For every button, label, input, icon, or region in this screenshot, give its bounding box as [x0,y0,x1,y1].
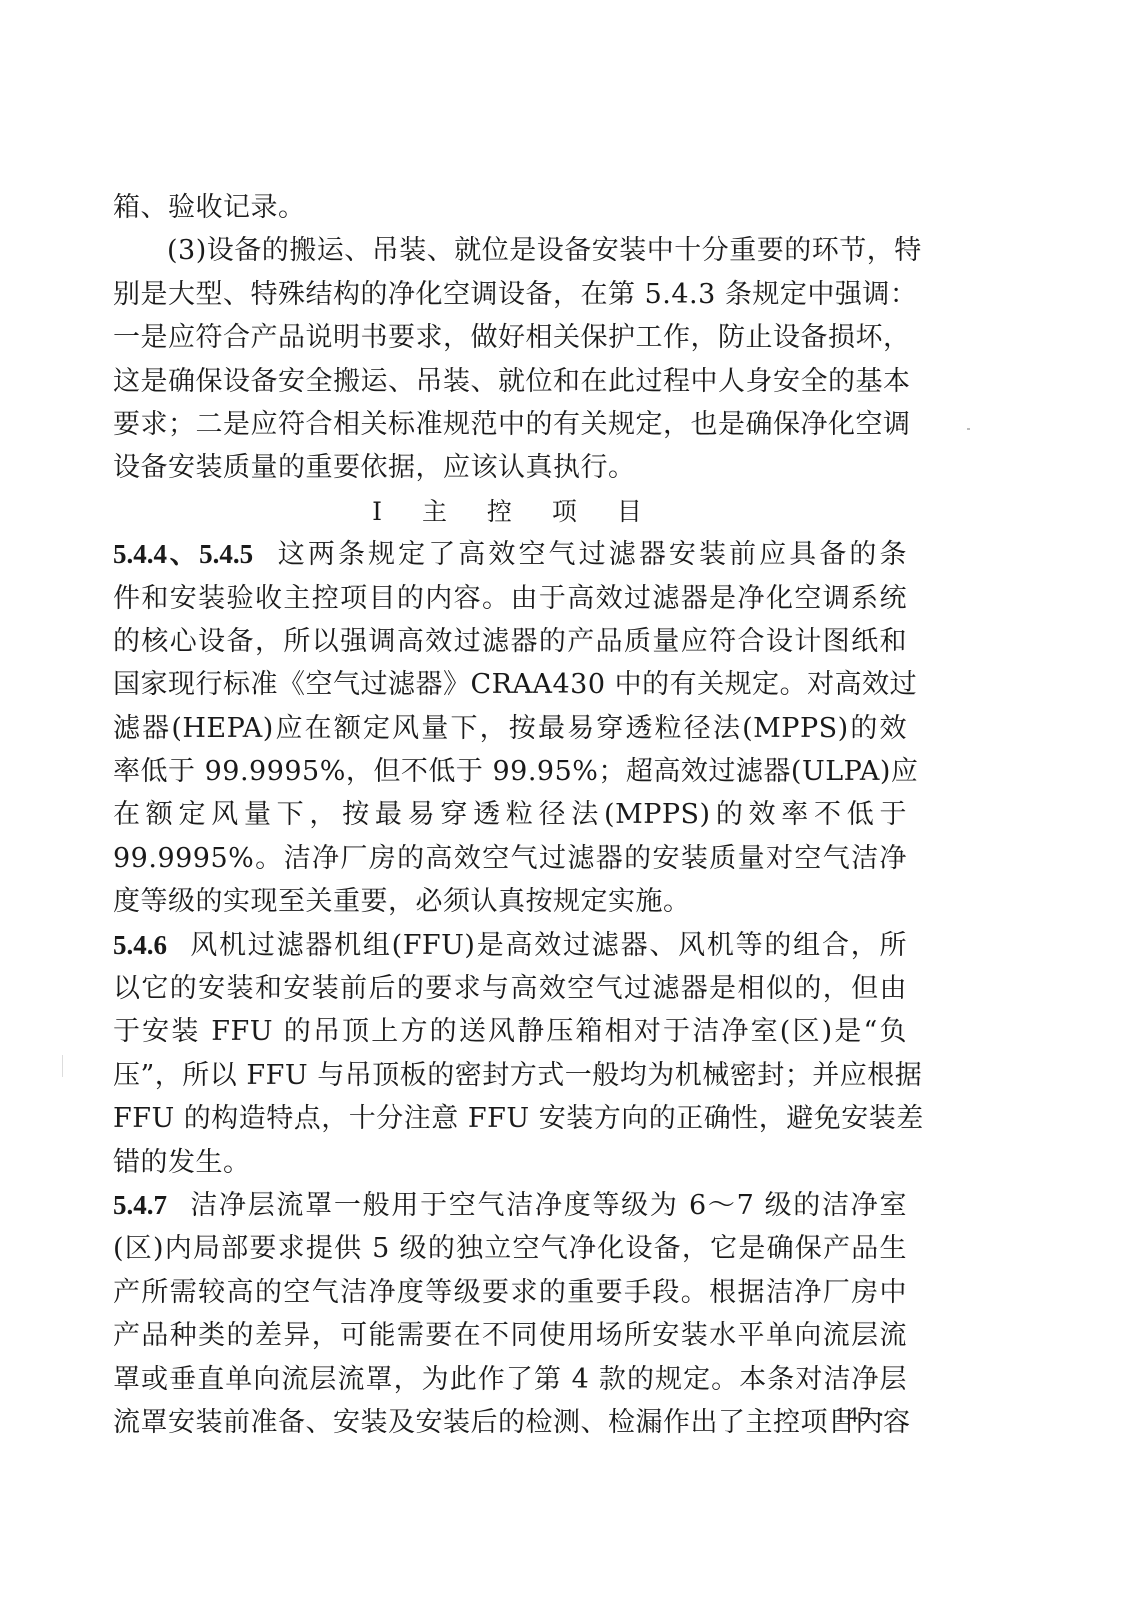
text-line: 别是大型、特殊结构的净化空调设备，在第 5.4.3 条规定中强调： [113,273,907,316]
clause-5-4-7: 5.4.7洁净层流罩一般用于空气洁净度等级为 6～7 级的洁净室 (区)内局部要… [113,1184,907,1444]
text-line: 错的发生。 [113,1141,907,1184]
text-line: (3)设备的搬运、吊装、就位是设备安装中十分重要的环节，特 [113,229,907,272]
clause-number: 5.4.7 [113,1190,167,1220]
clause-5-4-6: 5.4.6风机过滤器机组(FFU)是高效过滤器、风机等的组合，所 以它的安装和安… [113,924,907,1184]
clause-number: 5.4.6 [113,930,167,960]
text-line: 率低于 99.9995%，但不低于 99.95%；超高效过滤器(ULPA)应 [113,750,907,793]
text-line: 一是应符合产品说明书要求，做好相关保护工作，防止设备损坏， [113,316,907,359]
text-line: 国家现行标准《空气过滤器》CRAA430 中的有关规定。对高效过 [113,663,907,706]
text-line: 罩或垂直单向流层流罩，为此作了第 4 款的规定。本条对洁净层 [113,1358,907,1401]
text-line: 箱、验收记录。 [113,186,907,229]
paragraph-3: (3)设备的搬运、吊装、就位是设备安装中十分重要的环节，特 别是大型、特殊结构的… [113,229,907,489]
text-line: 产所需较高的空气洁净度等级要求的重要手段。根据洁净厂房中 [113,1271,907,1314]
text-span: 洁净层流罩一般用于空气洁净度等级为 6～7 级的洁净室 [189,1190,907,1221]
text-line: 99.9995%。洁净厂房的高效空气过滤器的安装质量对空气洁净 [113,837,907,880]
text-span: 风机过滤器机组(FFU)是高效过滤器、风机等的组合，所 [189,930,907,961]
clause-number: 5.4.4、5.4.5 [113,539,253,569]
text-line: 5.4.6风机过滤器机组(FFU)是高效过滤器、风机等的组合，所 [113,924,907,967]
text-line: FFU 的构造特点，十分注意 FFU 安装方向的正确性，避免安装差 [113,1097,907,1140]
text-line: 5.4.7洁净层流罩一般用于空气洁净度等级为 6～7 级的洁净室 [113,1184,907,1227]
text-line: 件和安装验收主控项目的内容。由于高效过滤器是净化空调系统 [113,577,907,620]
text-line: 5.4.4、5.4.5这两条规定了高效空气过滤器安装前应具备的条 [113,533,907,576]
text-span: 这两条规定了高效空气过滤器安装前应具备的条 [275,539,907,570]
scan-speck [967,428,970,430]
text-line: 以它的安装和安装前后的要求与高效空气过滤器是相似的，但由 [113,967,907,1010]
text-line: 于安装 FFU 的吊顶上方的送风静压箱相对于洁净室(区)是“负 [113,1010,907,1053]
clause-5-4-4-5-4-5: 5.4.4、5.4.5这两条规定了高效空气过滤器安装前应具备的条 件和安装验收主… [113,533,907,924]
text-line: (区)内局部要求提供 5 级的独立空气净化设备，它是确保产品生 [113,1227,907,1270]
text-line: 要求；二是应符合相关标准规范中的有关规定，也是确保净化空调 [113,403,907,446]
text-line: 在额定风量下，按最易穿透粒径法(MPPS)的效率不低于 [113,793,907,836]
document-page: 箱、验收记录。 (3)设备的搬运、吊装、就位是设备安装中十分重要的环节，特 别是… [113,186,907,1444]
scan-speck [62,1055,63,1077]
text-line: 压”，所以 FFU 与吊顶板的密封方式一般均为机械密封；并应根据 [113,1054,907,1097]
text-span: (3)设备的搬运、吊装、就位是设备安装中十分重要的环节，特 [167,235,922,266]
text-line: 滤器(HEPA)应在额定风量下，按最易穿透粒径法(MPPS)的效 [113,707,907,750]
text-line: 这是确保设备安全搬运、吊装、就位和在此过程中人身安全的基本 [113,360,907,403]
page-number: · 145 · [820,1402,886,1428]
text-line: 度等级的实现至关重要，必须认真按规定实施。 [113,880,907,923]
text-line: 产品种类的差异，可能需要在不同使用场所安装水平单向流层流 [113,1314,907,1357]
section-heading: Ⅰ 主 控 项 目 [113,490,907,533]
text-line: 设备安装质量的重要依据，应该认真执行。 [113,446,907,489]
text-line: 流罩安装前准备、安装及安装后的检测、检漏作出了主控项目内容 [113,1401,907,1444]
text-line: 的核心设备，所以强调高效过滤器的产品质量应符合设计图纸和 [113,620,907,663]
